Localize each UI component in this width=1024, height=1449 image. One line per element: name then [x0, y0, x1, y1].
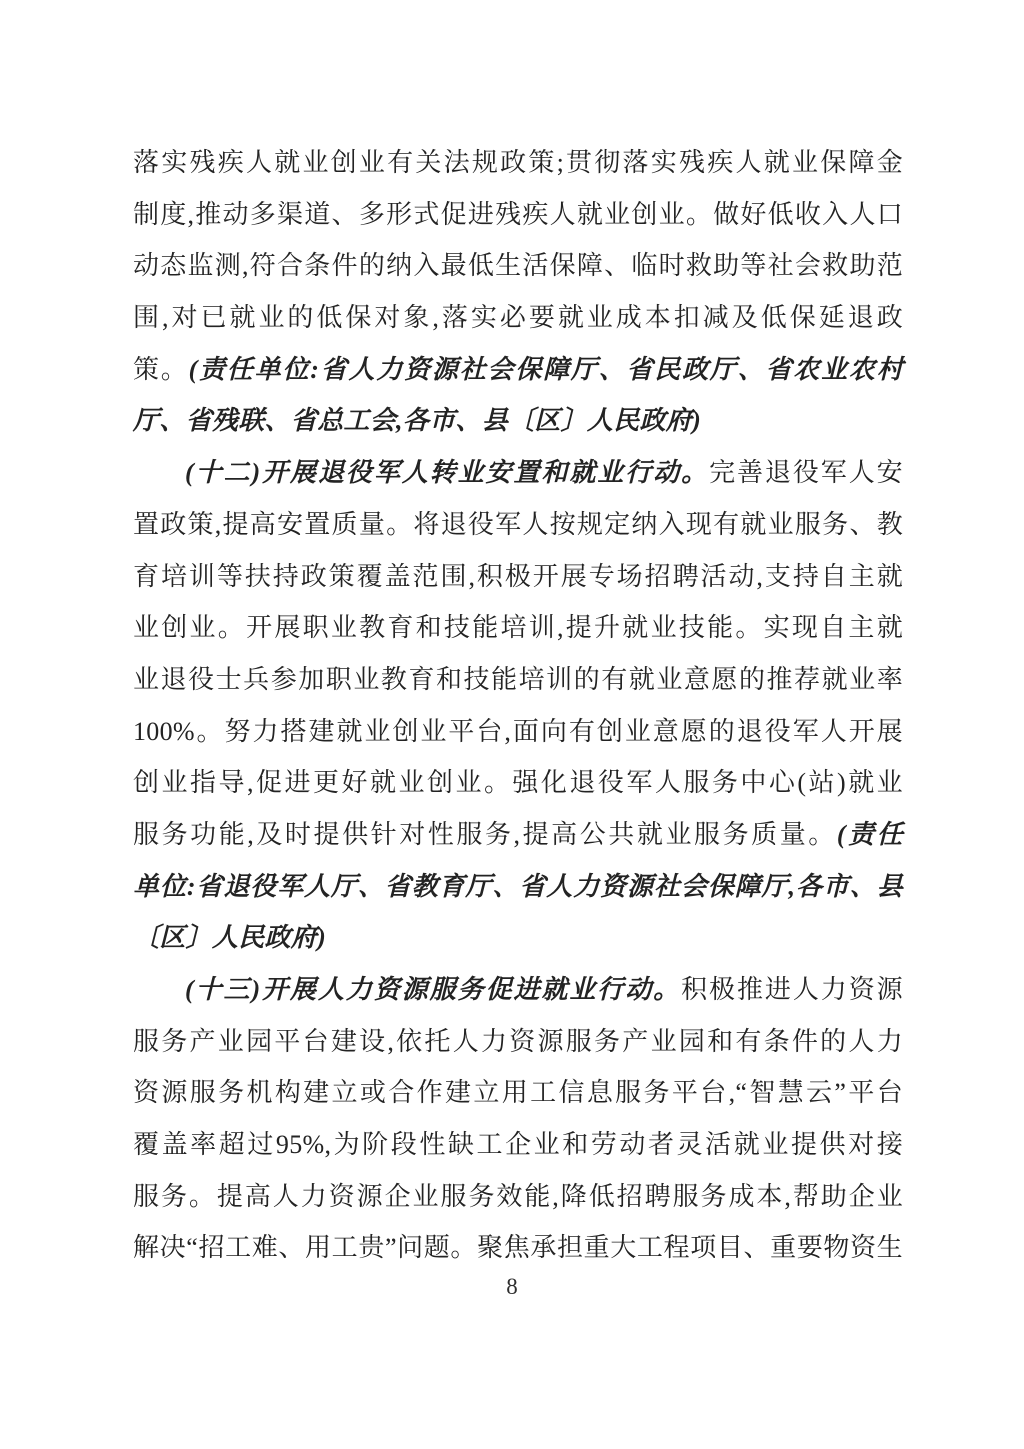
text-line: 服务功能,及时提供针对性服务,提高公共就业服务质量。(责任	[133, 809, 903, 861]
text-run-song: 围,对已就业的低保对象,落实必要就业成本扣减及低保延退政	[133, 303, 903, 332]
text-line: 育培训等扶持政策覆盖范围,积极开展专场招聘活动,支持自主就	[133, 551, 903, 603]
text-line: 厅、省残联、省总工会,各市、县〔区〕人民政府)	[133, 395, 903, 447]
text-run-kai: 〔区〕人民政府)	[133, 923, 326, 952]
text-run-song: 制度,推动多渠道、多形式促进残疾人就业创业。做好低收入人口	[133, 200, 903, 229]
text-line: 动态监测,符合条件的纳入最低生活保障、临时救助等社会救助范	[133, 240, 903, 292]
text-run-song: 积极推进人力资源	[681, 975, 903, 1004]
text-line: 置政策,提高安置质量。将退役军人按规定纳入现有就业服务、教	[133, 499, 903, 551]
text-run-kai: (十二)开展退役军人转业安置和就业行动。	[185, 458, 709, 487]
text-line: 100%。努力搭建就业创业平台,面向有创业意愿的退役军人开展	[133, 706, 903, 758]
document-page: 落实残疾人就业创业有关法规政策;贯彻落实残疾人就业保障金制度,推动多渠道、多形式…	[0, 0, 1024, 1449]
text-run-song: 创业指导,促进更好就业创业。强化退役军人服务中心(站)就业	[133, 768, 903, 797]
text-line: 策。(责任单位:省人力资源社会保障厅、省民政厅、省农业农村	[133, 344, 903, 396]
text-run-kai: (十三)开展人力资源服务促进就业行动。	[185, 975, 681, 1004]
text-line: 落实残疾人就业创业有关法规政策;贯彻落实残疾人就业保障金	[133, 137, 903, 189]
text-run-song: 策。	[133, 355, 189, 384]
text-run-song: 落实残疾人就业创业有关法规政策;贯彻落实残疾人就业保障金	[133, 148, 903, 177]
text-run-kai: (责任单位:省人力资源社会保障厅、省民政厅、省农业农村	[189, 355, 903, 384]
text-line: 〔区〕人民政府)	[133, 912, 903, 964]
text-line: 业退役士兵参加职业教育和技能培训的有就业意愿的推荐就业率	[133, 654, 903, 706]
text-line: 业创业。开展职业教育和技能培训,提升就业技能。实现自主就	[133, 602, 903, 654]
text-run-song: 100%。努力搭建就业创业平台,面向有创业意愿的退役军人开展	[133, 717, 903, 746]
text-line: 覆盖率超过95%,为阶段性缺工企业和劳动者灵活就业提供对接	[133, 1119, 903, 1171]
text-line: 资源服务机构建立或合作建立用工信息服务平台,“智慧云”平台	[133, 1067, 903, 1119]
text-line: 制度,推动多渠道、多形式促进残疾人就业创业。做好低收入人口	[133, 189, 903, 241]
text-run-song: 业创业。开展职业教育和技能培训,提升就业技能。实现自主就	[133, 613, 903, 642]
text-run-song: 服务。提高人力资源企业服务效能,降低招聘服务成本,帮助企业	[133, 1182, 903, 1211]
text-run-song: 完善退役军人安	[709, 458, 903, 487]
text-run-song: 服务产业园平台建设,依托人力资源服务产业园和有条件的人力	[133, 1027, 903, 1056]
text-line: 单位:省退役军人厅、省教育厅、省人力资源社会保障厅,各市、县	[133, 861, 903, 913]
text-run-kai: (责任	[837, 820, 903, 849]
body-text: 落实残疾人就业创业有关法规政策;贯彻落实残疾人就业保障金制度,推动多渠道、多形式…	[133, 137, 903, 1274]
text-line: 服务。提高人力资源企业服务效能,降低招聘服务成本,帮助企业	[133, 1171, 903, 1223]
text-line: 围,对已就业的低保对象,落实必要就业成本扣减及低保延退政	[133, 292, 903, 344]
text-line: (十二)开展退役军人转业安置和就业行动。完善退役军人安	[133, 447, 903, 499]
text-line: 创业指导,促进更好就业创业。强化退役军人服务中心(站)就业	[133, 757, 903, 809]
text-run-kai: 单位:省退役军人厅、省教育厅、省人力资源社会保障厅,各市、县	[133, 872, 903, 901]
text-line: 服务产业园平台建设,依托人力资源服务产业园和有条件的人力	[133, 1016, 903, 1068]
text-line: (十三)开展人力资源服务促进就业行动。积极推进人力资源	[133, 964, 903, 1016]
text-run-kai: 厅、省残联、省总工会,各市、县〔区〕人民政府)	[133, 406, 701, 435]
text-run-song: 覆盖率超过95%,为阶段性缺工企业和劳动者灵活就业提供对接	[133, 1130, 903, 1159]
text-run-song: 解决“招工难、用工贵”问题。聚焦承担重大工程项目、重要物资生	[133, 1233, 903, 1262]
page-number: 8	[0, 1271, 1024, 1303]
text-run-song: 育培训等扶持政策覆盖范围,积极开展专场招聘活动,支持自主就	[133, 562, 903, 591]
text-run-song: 置政策,提高安置质量。将退役军人按规定纳入现有就业服务、教	[133, 510, 903, 539]
text-run-song: 业退役士兵参加职业教育和技能培训的有就业意愿的推荐就业率	[133, 665, 903, 694]
text-run-song: 动态监测,符合条件的纳入最低生活保障、临时救助等社会救助范	[133, 251, 903, 280]
text-run-song: 资源服务机构建立或合作建立用工信息服务平台,“智慧云”平台	[133, 1078, 903, 1107]
text-line: 解决“招工难、用工贵”问题。聚焦承担重大工程项目、重要物资生	[133, 1222, 903, 1274]
text-run-song: 服务功能,及时提供针对性服务,提高公共就业服务质量。	[133, 820, 837, 849]
